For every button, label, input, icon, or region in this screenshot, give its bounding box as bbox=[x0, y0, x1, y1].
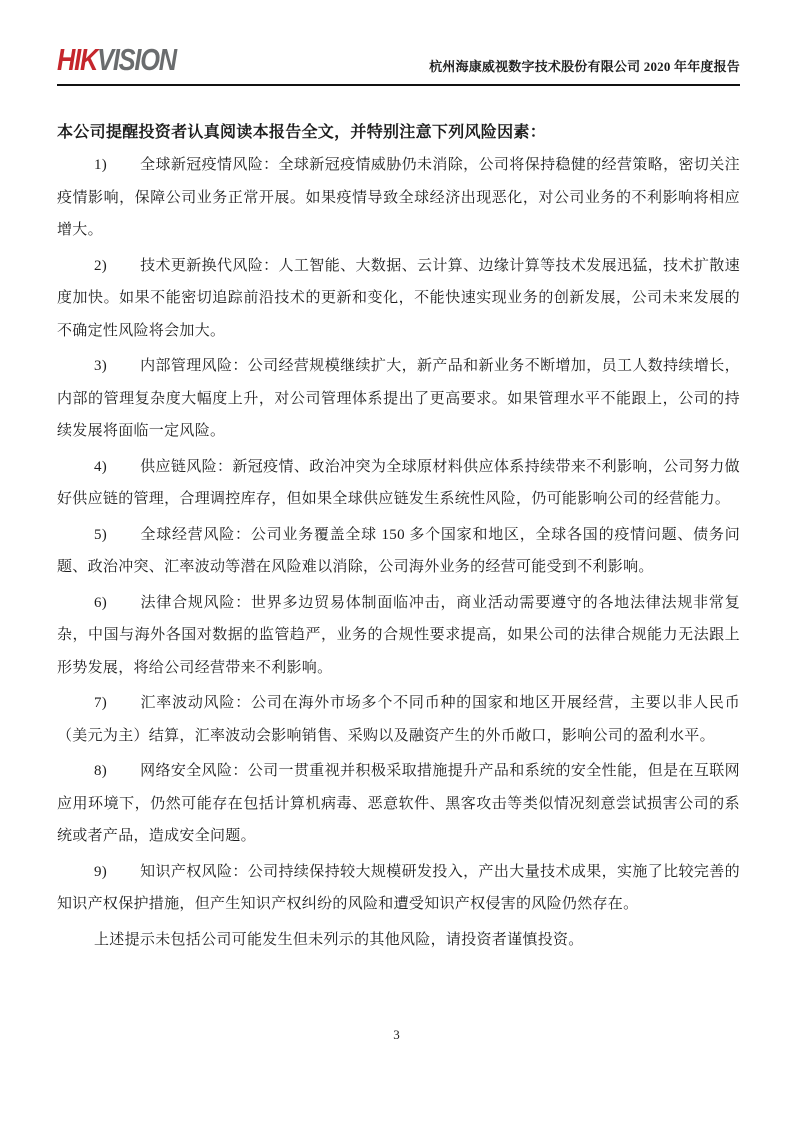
risk-text: 网络安全风险：公司一贯重视并积极采取措施提升产品和系统的安全性能，但是在互联网应… bbox=[57, 763, 740, 844]
risk-text: 法律合规风险：世界多边贸易体制面临冲击，商业活动需要遵守的各地法律法规非常复杂，… bbox=[57, 595, 740, 676]
logo-hik-text: HIK bbox=[57, 42, 97, 77]
page-number: 3 bbox=[393, 1027, 400, 1042]
risk-paragraph: 6)法律合规风险：世界多边贸易体制面临冲击，商业活动需要遵守的各地法律法规非常复… bbox=[57, 587, 740, 685]
risk-number: 2) bbox=[94, 250, 140, 283]
risk-text: 知识产权风险：公司持续保持较大规模研发投入，产出大量技术成果，实施了比较完善的知… bbox=[57, 864, 740, 913]
report-header-title: 杭州海康威视数字技术股份有限公司 2020 年年度报告 bbox=[429, 59, 740, 76]
risk-paragraph: 1)全球新冠疫情风险：全球新冠疫情威胁仍未消除，公司将保持稳健的经营策略，密切关… bbox=[57, 149, 740, 247]
risk-paragraph: 8)网络安全风险：公司一贯重视并积极采取措施提升产品和系统的安全性能，但是在互联… bbox=[57, 755, 740, 853]
risk-number: 3) bbox=[94, 350, 140, 383]
risk-paragraph: 2)技术更新换代风险：人工智能、大数据、云计算、边缘计算等技术发展迅猛，技术扩散… bbox=[57, 250, 740, 348]
risk-text: 技术更新换代风险：人工智能、大数据、云计算、边缘计算等技术发展迅猛，技术扩散速度… bbox=[57, 258, 740, 339]
risk-number: 1) bbox=[94, 149, 140, 182]
logo-vision-text: VISION bbox=[97, 42, 176, 77]
page-footer: 3 bbox=[0, 1026, 793, 1044]
hikvision-logo: HIKVISION bbox=[57, 44, 176, 76]
risk-number: 7) bbox=[94, 687, 140, 720]
risk-text: 全球经营风险：公司业务覆盖全球 150 多个国家和地区，全球各国的疫情问题、债务… bbox=[57, 527, 740, 576]
risk-text: 供应链风险：新冠疫情、政治冲突为全球原材料供应体系持续带来不利影响，公司努力做好… bbox=[57, 459, 740, 508]
closing-note: 上述提示未包括公司可能发生但未列示的其他风险，请投资者谨慎投资。 bbox=[57, 924, 740, 957]
risk-list: 1)全球新冠疫情风险：全球新冠疫情威胁仍未消除，公司将保持稳健的经营策略，密切关… bbox=[57, 149, 740, 921]
notice-title: 本公司提醒投资者认真阅读本报告全文，并特别注意下列风险因素： bbox=[57, 116, 740, 149]
risk-paragraph: 9)知识产权风险：公司持续保持较大规模研发投入，产出大量技术成果，实施了比较完善… bbox=[57, 856, 740, 921]
risk-number: 6) bbox=[94, 587, 140, 620]
risk-text: 内部管理风险：公司经营规模继续扩大，新产品和新业务不断增加，员工人数持续增长，内… bbox=[57, 358, 740, 439]
risk-number: 5) bbox=[94, 519, 140, 552]
risk-paragraph: 7)汇率波动风险：公司在海外市场多个不同币种的国家和地区开展经营，主要以非人民币… bbox=[57, 687, 740, 752]
risk-number: 9) bbox=[94, 856, 140, 889]
risk-text: 汇率波动风险：公司在海外市场多个不同币种的国家和地区开展经营，主要以非人民币（美… bbox=[57, 695, 740, 744]
page-header: HIKVISION 杭州海康威视数字技术股份有限公司 2020 年年度报告 bbox=[57, 44, 740, 86]
risk-paragraph: 3)内部管理风险：公司经营规模继续扩大，新产品和新业务不断增加，员工人数持续增长… bbox=[57, 350, 740, 448]
risk-paragraph: 5)全球经营风险：公司业务覆盖全球 150 多个国家和地区，全球各国的疫情问题、… bbox=[57, 519, 740, 584]
risk-number: 4) bbox=[94, 451, 140, 484]
report-page: HIKVISION 杭州海康威视数字技术股份有限公司 2020 年年度报告 本公… bbox=[0, 0, 793, 956]
risk-number: 8) bbox=[94, 755, 140, 788]
risk-text: 全球新冠疫情风险：全球新冠疫情威胁仍未消除，公司将保持稳健的经营策略，密切关注疫… bbox=[57, 157, 740, 238]
report-content: 本公司提醒投资者认真阅读本报告全文，并特别注意下列风险因素： 1)全球新冠疫情风… bbox=[57, 116, 740, 956]
risk-paragraph: 4)供应链风险：新冠疫情、政治冲突为全球原材料供应体系持续带来不利影响，公司努力… bbox=[57, 451, 740, 516]
